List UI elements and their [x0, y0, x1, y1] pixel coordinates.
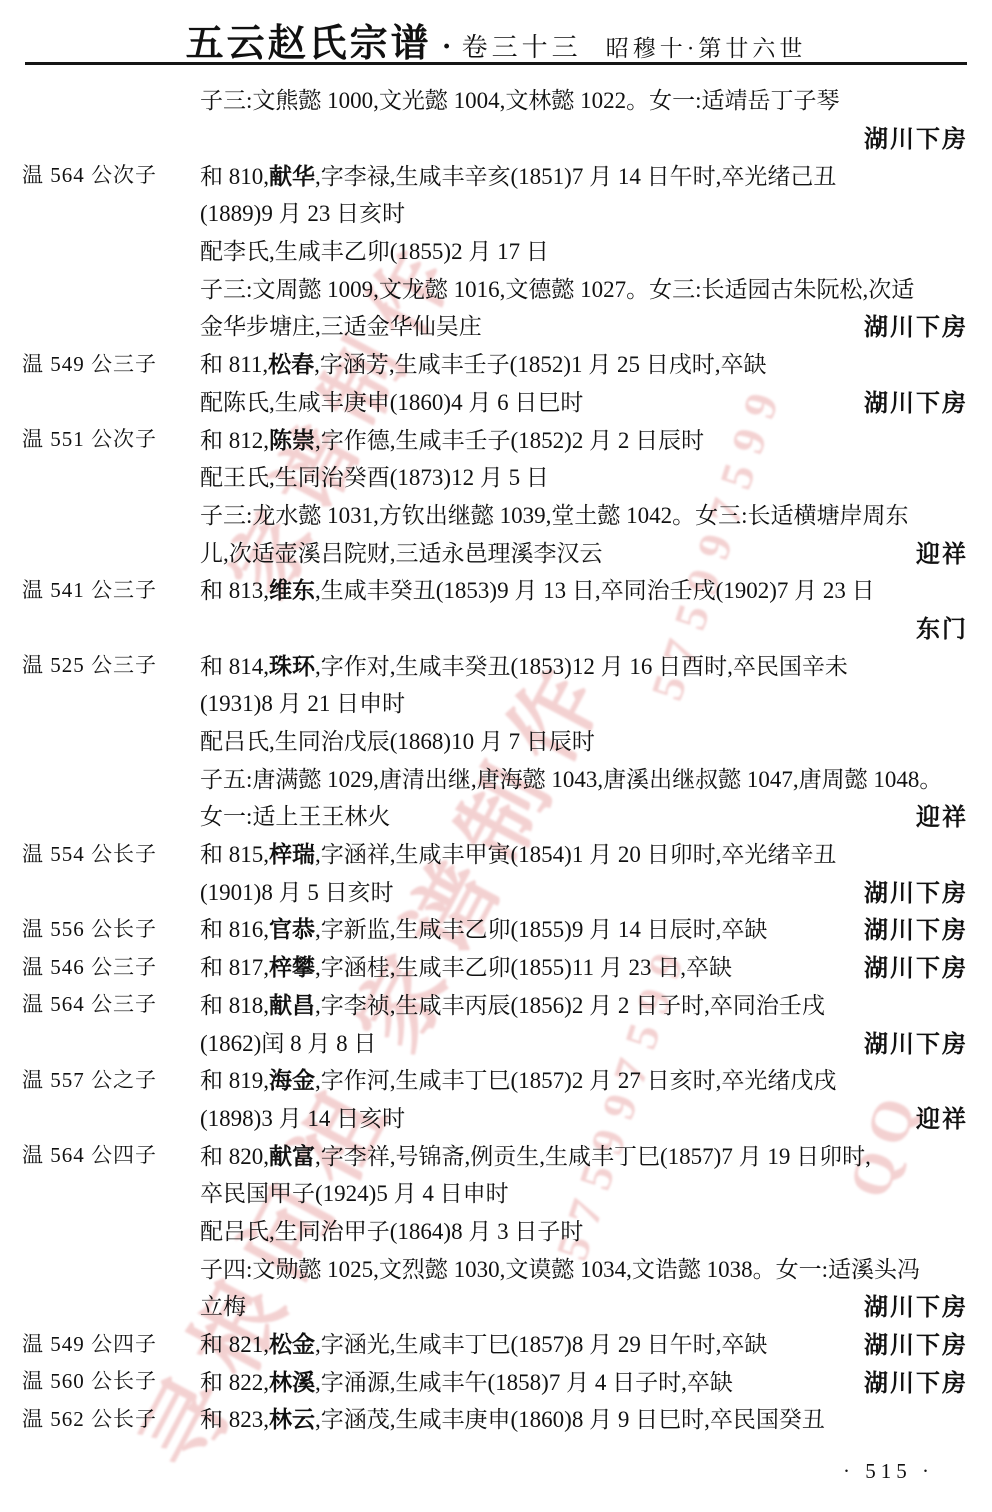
book-title: 五云赵氏宗谱 [186, 12, 432, 67]
entry-text: 金华步塘庄,三适金华仙吴庄 [200, 308, 852, 341]
genealogy-line: (1889)9 月 23 日亥时 [0, 193, 992, 231]
entry-text: 和 815,梓瑞,字涵祥,生咸丰甲寅(1854)1 月 20 日卯时,卒光绪辛丑 [200, 836, 956, 869]
entry-text: 和 810,献华,字李禄,生咸丰辛亥(1851)7 月 14 日午时,卒光绪己丑 [200, 158, 956, 191]
genealogy-line: 儿,次适壶溪吕院财,三适永邑理溪李汉云迎祥 [0, 532, 992, 570]
page-header: 五云赵氏宗谱 · 卷三十三 昭穆十·第廿六世 [0, 12, 992, 67]
generation-label: 温 551 公次子 [22, 423, 200, 453]
genealogy-page: 575997599寻根问祖家谱制作575997599家谱制作QQ 五云赵氏宗谱 … [0, 0, 992, 1512]
generation-label: 温 564 公次子 [22, 159, 200, 189]
generation-label: 温 557 公之子 [22, 1064, 200, 1094]
entry-text: 和 821,松金,字涵光,生咸丰丁巳(1857)8 月 29 日午时,卒缺 [200, 1326, 852, 1359]
generation-label: 温 562 公长子 [22, 1403, 200, 1433]
entry-text: 卒民国甲子(1924)5 月 4 日申时 [200, 1175, 956, 1208]
genealogy-line: 温 556 公长子和 816,官恭,字新监,生咸丰乙卯(1855)9 月 14 … [0, 909, 992, 947]
genealogy-line: 子五:唐满懿 1029,唐清出继,唐海懿 1043,唐溪出继叔懿 1047,唐周… [0, 758, 992, 796]
branch-hall-tag: 东门 [916, 609, 968, 644]
genealogy-line: 立梅湖川下房 [0, 1286, 992, 1324]
genealogy-line: 配陈氏,生咸丰庚申(1860)4 月 6 日巳时湖川下房 [0, 382, 992, 420]
entry-text: 子三:文周懿 1009,文龙懿 1016,文德懿 1027。女三:长适园古朱阮松… [200, 271, 956, 304]
branch-hall-tag: 湖川下房 [864, 1024, 968, 1059]
generation-label: 温 549 公四子 [22, 1328, 200, 1358]
genealogy-line: 温 541 公三子和 813,维东,生咸丰癸丑(1853)9 月 13 日,卒同… [0, 570, 992, 608]
branch-hall-tag: 迎祥 [916, 534, 968, 569]
generation-label: 温 556 公长子 [22, 913, 200, 943]
genealogy-line: 温 554 公长子和 815,梓瑞,字涵祥,生咸丰甲寅(1854)1 月 20 … [0, 834, 992, 872]
genealogy-line: 温 546 公三子和 817,梓攀,字涵桂,生咸丰乙卯(1855)11 月 23… [0, 947, 992, 985]
entry-text: 配王氏,生同治癸酉(1873)12 月 5 日 [200, 459, 956, 492]
branch-hall-tag: 湖川下房 [864, 1325, 968, 1360]
header-rule [25, 62, 967, 65]
entry-list: 子三:文熊懿 1000,文光懿 1004,文林懿 1022。女一:适靖岳丁子琴湖… [0, 80, 992, 1437]
entry-text: 和 814,珠环,字作对,生咸丰癸丑(1853)12 月 16 日酉时,卒民国辛… [200, 648, 956, 681]
genealogy-line: 子三:龙水懿 1031,方钦出继懿 1039,堂土懿 1042。女三:长适横塘岸… [0, 495, 992, 533]
branch-hall-tag: 湖川下房 [864, 1287, 968, 1322]
page-number: · 515 · [843, 1459, 934, 1484]
genealogy-line: 温 564 公四子和 820,献富,字李祥,号锦斋,例贡生,生咸丰丁巳(1857… [0, 1135, 992, 1173]
genealogy-line: 配李氏,生咸丰乙卯(1855)2 月 17 日 [0, 231, 992, 269]
entry-text: (1898)3 月 14 日亥时 [200, 1100, 904, 1133]
genealogy-line: 配王氏,生同治癸酉(1873)12 月 5 日 [0, 457, 992, 495]
generation-label: 温 554 公长子 [22, 838, 200, 868]
branch-hall-tag: 湖川下房 [864, 383, 968, 418]
genealogy-line: 配吕氏,生同治甲子(1864)8 月 3 日子时 [0, 1211, 992, 1249]
genealogy-line: (1901)8 月 5 日亥时湖川下房 [0, 871, 992, 909]
genealogy-line: 卒民国甲子(1924)5 月 4 日申时 [0, 1173, 992, 1211]
entry-text: 子四:文勋懿 1025,文烈懿 1030,文谟懿 1034,文诰懿 1038。女… [200, 1251, 956, 1284]
genealogy-line: (1931)8 月 21 日申时 [0, 683, 992, 721]
entry-text: 子三:龙水懿 1031,方钦出继懿 1039,堂土懿 1042。女三:长适横塘岸… [200, 497, 956, 530]
generation-label: 温 546 公三子 [22, 951, 200, 981]
genealogy-line: 温 564 公次子和 810,献华,字李禄,生咸丰辛亥(1851)7 月 14 … [0, 155, 992, 193]
entry-text: 子三:文熊懿 1000,文光懿 1004,文林懿 1022。女一:适靖岳丁子琴 [200, 82, 956, 115]
genealogy-line: 子四:文勋懿 1025,文烈懿 1030,文谟懿 1034,文诰懿 1038。女… [0, 1248, 992, 1286]
branch-hall-tag: 迎祥 [916, 1099, 968, 1134]
entry-text: 配李氏,生咸丰乙卯(1855)2 月 17 日 [200, 233, 956, 266]
entry-text: 配陈氏,生咸丰庚申(1860)4 月 6 日巳时 [200, 384, 852, 417]
genealogy-line: 女一:适上王王林火迎祥 [0, 796, 992, 834]
entry-text: 和 812,陈崇,字作德,生咸丰壬子(1852)2 月 2 日辰时 [200, 422, 956, 455]
generation-label: 温 541 公三子 [22, 574, 200, 604]
entry-text: (1931)8 月 21 日申时 [200, 685, 956, 718]
genealogy-line: 配吕氏,生同治戊辰(1868)10 月 7 日辰时 [0, 721, 992, 759]
genealogy-line: 金华步塘庄,三适金华仙吴庄湖川下房 [0, 306, 992, 344]
branch-hall-tag: 湖川下房 [864, 119, 968, 154]
entry-text: 和 819,海金,字作河,生咸丰丁巳(1857)2 月 27 日亥时,卒光绪戊戌 [200, 1062, 956, 1095]
genealogy-line: 东门 [0, 608, 992, 646]
entry-text: 和 823,林云,字涵茂,生咸丰庚申(1860)8 月 9 日巳时,卒民国癸丑 [200, 1401, 956, 1434]
branch-hall-tag: 湖川下房 [864, 873, 968, 908]
generation-label: 温 560 公长子 [22, 1365, 200, 1395]
branch-hall-tag: 迎祥 [916, 797, 968, 832]
generation-label: 温 564 公三子 [22, 988, 200, 1018]
genealogy-line: 子三:文周懿 1009,文龙懿 1016,文德懿 1027。女三:长适园古朱阮松… [0, 268, 992, 306]
generation-label: 温 549 公三子 [22, 348, 200, 378]
volume-title: 卷三十三 [462, 27, 582, 64]
genealogy-line: 温 557 公之子和 819,海金,字作河,生咸丰丁巳(1857)2 月 27 … [0, 1060, 992, 1098]
branch-hall-tag: 湖川下房 [864, 307, 968, 342]
generation-label: 温 564 公四子 [22, 1139, 200, 1169]
entry-text: 和 822,林溪,字涌源,生咸丰午(1858)7 月 4 日子时,卒缺 [200, 1364, 852, 1397]
entry-text: 子五:唐满懿 1029,唐清出继,唐海懿 1043,唐溪出继叔懿 1047,唐周… [200, 761, 956, 794]
genealogy-line: (1898)3 月 14 日亥时迎祥 [0, 1098, 992, 1136]
generation-label: 温 525 公三子 [22, 649, 200, 679]
entry-text: 儿,次适壶溪吕院财,三适永邑理溪李汉云 [200, 535, 904, 568]
genealogy-line: 温 549 公三子和 811,松春,字涵芳,生咸丰壬子(1852)1 月 25 … [0, 344, 992, 382]
title-separator-dot: · [442, 30, 452, 64]
entry-text: 和 813,维东,生咸丰癸丑(1853)9 月 13 日,卒同治壬戌(1902)… [200, 572, 956, 605]
branch-hall-tag: 湖川下房 [864, 948, 968, 983]
genealogy-line: 温 562 公长子和 823,林云,字涵茂,生咸丰庚申(1860)8 月 9 日… [0, 1399, 992, 1437]
entry-text: 和 816,官恭,字新监,生咸丰乙卯(1855)9 月 14 日辰时,卒缺 [200, 911, 852, 944]
entry-text: 立梅 [200, 1288, 852, 1321]
branch-hall-tag: 湖川下房 [864, 1363, 968, 1398]
branch-hall-tag: 湖川下房 [864, 910, 968, 945]
genealogy-line: 温 551 公次子和 812,陈崇,字作德,生咸丰壬子(1852)2 月 2 日… [0, 419, 992, 457]
genealogy-line: 湖川下房 [0, 118, 992, 156]
entry-text: (1901)8 月 5 日亥时 [200, 874, 852, 907]
entry-text: (1862)闰 8 月 8 日 [200, 1025, 852, 1058]
genealogy-line: 温 549 公四子和 821,松金,字涵光,生咸丰丁巳(1857)8 月 29 … [0, 1324, 992, 1362]
entry-text: 配吕氏,生同治甲子(1864)8 月 3 日子时 [200, 1213, 956, 1246]
entry-text: 和 811,松春,字涵芳,生咸丰壬子(1852)1 月 25 日戌时,卒缺 [200, 346, 956, 379]
entry-text: 和 817,梓攀,字涵桂,生咸丰乙卯(1855)11 月 23 日,卒缺 [200, 949, 852, 982]
genealogy-line: 温 564 公三子和 818,献昌,字李祯,生咸丰丙辰(1856)2 月 2 日… [0, 985, 992, 1023]
section-title: 昭穆十·第廿六世 [606, 30, 807, 63]
genealogy-line: 子三:文熊懿 1000,文光懿 1004,文林懿 1022。女一:适靖岳丁子琴 [0, 80, 992, 118]
genealogy-line: 温 525 公三子和 814,珠环,字作对,生咸丰癸丑(1853)12 月 16… [0, 645, 992, 683]
genealogy-line: 温 560 公长子和 822,林溪,字涌源,生咸丰午(1858)7 月 4 日子… [0, 1361, 992, 1399]
entry-text: 和 820,献富,字李祥,号锦斋,例贡生,生咸丰丁巳(1857)7 月 19 日… [200, 1138, 956, 1171]
entry-text: 女一:适上王王林火 [200, 798, 904, 831]
entry-text: 配吕氏,生同治戊辰(1868)10 月 7 日辰时 [200, 723, 956, 756]
entry-text: 和 818,献昌,字李祯,生咸丰丙辰(1856)2 月 2 日子时,卒同治壬戌 [200, 987, 956, 1020]
genealogy-line: (1862)闰 8 月 8 日湖川下房 [0, 1022, 992, 1060]
entry-text: (1889)9 月 23 日亥时 [200, 195, 956, 228]
